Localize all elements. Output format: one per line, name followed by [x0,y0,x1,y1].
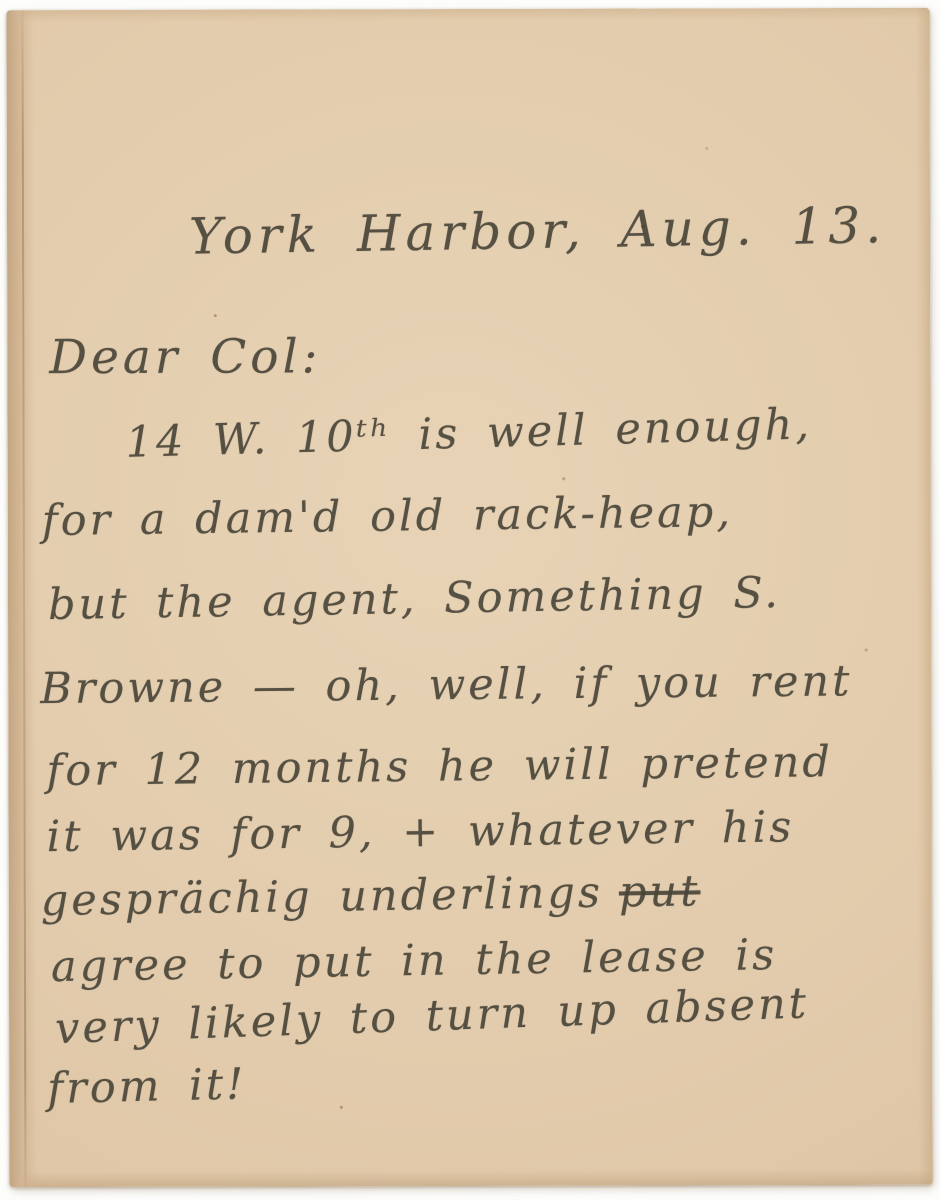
body-line-text: gesprächig underlings [40,868,603,926]
body-line: Browne — oh, well, if you rent [40,656,853,714]
body-line: it was for 9, + whatever his [46,802,794,862]
body-line-text: 14 W. 10ᵗʰ is well enough, [125,399,813,468]
body-line-text: from it! [47,1059,247,1114]
dateline: York Harbor, Aug. 13. [189,196,887,266]
body-line: but the agent, Something S. [48,568,782,630]
letter-page: York Harbor, Aug. 13. Dear Col: 14 W. 10… [6,8,932,1187]
body-line-text: for a dam'd old rack-heap, [41,487,733,546]
body-line-text: it was for 9, + whatever his [46,802,794,862]
body-line-text: Browne — oh, well, if you rent [40,656,853,714]
body-line: for 12 months he will pretend [46,737,833,796]
body-line-text: for 12 months he will pretend [46,737,833,796]
body-line: gesprächig underlingsput [40,866,700,926]
body-line: for a dam'd old rack-heap, [41,487,733,546]
body-line: 14 W. 10ᵗʰ is well enough, [125,399,813,468]
struck-word: put [619,866,701,917]
scanned-letter-background: York Harbor, Aug. 13. Dear Col: 14 W. 10… [0,0,940,1200]
salutation: Dear Col: [49,329,321,385]
body-line-text: but the agent, Something S. [48,568,782,630]
body-line: from it! [47,1059,247,1114]
fold-crease [21,10,26,1187]
